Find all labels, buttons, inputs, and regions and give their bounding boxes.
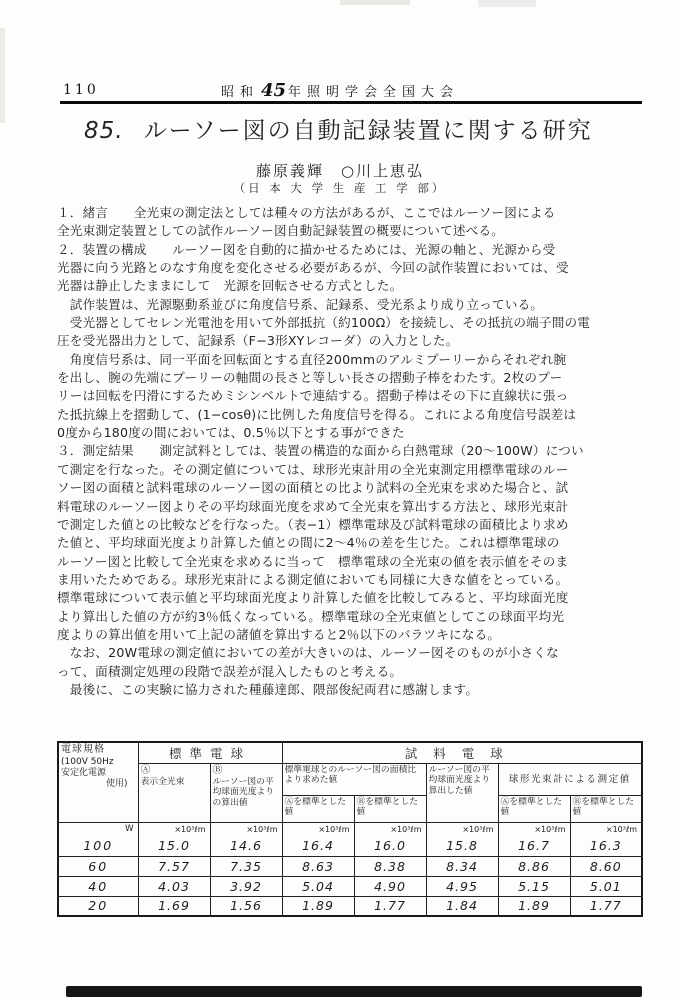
body-line: て測定を行なった。その測定値については、球形光束計用の全光束測定用標準電球のルー — [57, 461, 635, 479]
table-cell: 8.60 — [570, 856, 642, 876]
authors-line: 藤原義輝 ○川上恵弘 — [0, 160, 680, 181]
sphere-a-subheader: Ⓐを標準とした値 — [498, 796, 570, 823]
body-line: 最後に、この実験に協力された種藤達郎、隈部俊紀両君に感謝します。 — [57, 681, 635, 699]
table-cell: 5.15 — [498, 876, 570, 896]
mean-luminance-header: ルーソー図の平均球面光度より算出した値 — [426, 764, 498, 823]
conference-header: 昭和45年照明学会全国大会 — [0, 80, 680, 101]
table-cell: 20 — [58, 896, 138, 916]
spec-line: 使用) — [61, 779, 136, 790]
scan-artifact — [340, 0, 410, 5]
standard-a-label: 表示全光束 — [141, 777, 185, 787]
header-suffix: 年照明学会全国大会 — [288, 85, 459, 100]
group-standard-lamp-header: 標準電球 — [138, 742, 282, 764]
table-cell: 4.03 — [138, 876, 210, 896]
paper-number: 85. — [84, 118, 124, 144]
body-line: ソー図の面積と試料電球のルーソー図の面積との比より試料の全光束を求めた場合と、試 — [57, 479, 635, 497]
body-line: ま用いたためである。球形光束計による測定値においても同様に大きな値をとっている。 — [57, 571, 635, 589]
area-b-subheader: Ⓑを標準とした値 — [354, 796, 426, 823]
body-line: 標準電球について表示値と平均球面光度より計算した値を比較してみると、平均球面光度 — [57, 589, 635, 607]
standard-a-header: Ⓐ 表示全光束 — [138, 764, 210, 823]
body-line: より算出した値の方が約3％低くなっている。標準電球の全光束値としてこの球面平均光 — [57, 608, 635, 626]
unit-cell: ×10³ℓm — [570, 823, 642, 837]
scan-artifact — [0, 28, 5, 123]
table-cell: 5.04 — [282, 876, 354, 896]
table-cell: 16.4 — [282, 836, 354, 856]
table-cell: 1.89 — [282, 896, 354, 916]
body-line: 受光器としてセレン光電池を用いて外部抵抗（約100Ω）を接続し、その抵抗の端子間… — [57, 314, 635, 332]
unit-cell: ×10³ℓm — [138, 823, 210, 837]
scanned-paper-page: 110 昭和45年照明学会全国大会 85.ルーソー図の自動記録装置に関する研究 … — [0, 0, 680, 998]
body-line: 圧を受光器出力として、記録系（F−3形XYレコーダ）の入力とした。 — [57, 332, 635, 350]
table-cell: 100 — [58, 836, 138, 856]
table-cell: 1.56 — [210, 896, 282, 916]
table-cell: 3.92 — [210, 876, 282, 896]
body-line: １．緒言 全光束の測定法としては種々の方法があるが、ここではルーソー図による — [57, 204, 635, 222]
header-rule — [60, 101, 642, 104]
body-line: ２．装置の構成 ルーソー図を自動的に描かせるためには、光源の軸と、光源から受 — [57, 241, 635, 259]
spec-line: (100V 50Hz — [61, 757, 136, 768]
sphere-b-subheader: Ⓑを標準とした値 — [570, 796, 642, 823]
group-sample-lamp-header: 試料電球 — [282, 742, 642, 764]
table-cell: 8.34 — [426, 856, 498, 876]
table-cell: 14.6 — [210, 836, 282, 856]
table-cell: 4.90 — [354, 876, 426, 896]
table-cell: 8.38 — [354, 856, 426, 876]
paper-title: ルーソー図の自動記録装置に関する研究 — [144, 118, 593, 144]
table-cell: 1.77 — [354, 896, 426, 916]
unit-cell: ×10³ℓm — [426, 823, 498, 837]
body-line: ３．測定結果 測定試料としては、装置の構造的な面から白熱電球（20〜100W）に… — [57, 442, 635, 460]
spec-line: 安定化電源 — [61, 768, 136, 779]
body-line: なお、20W電球の測定値においての差が大きいのは、ルーソー図そのものが小さくな — [57, 644, 635, 662]
header-year-handwritten: 45 — [259, 80, 288, 101]
body-line: た抵抗線上を摺動して、(1−cosθ)に比例した角度信号を得る。これによる角度信… — [57, 406, 635, 424]
table-cell: 1.69 — [138, 896, 210, 916]
circled-a-mark: Ⓐ — [141, 765, 208, 777]
standard-b-label: ルーソー図の平均球面光度よりの算出値 — [213, 777, 275, 808]
unit-cell: ×10³ℓm — [354, 823, 426, 837]
table-cell: 15.8 — [426, 836, 498, 856]
header-prefix: 昭和 — [221, 85, 259, 100]
body-line: って、面積測定処理の段階で誤差が混入したものと考える。 — [57, 663, 635, 681]
paper-title-line: 85.ルーソー図の自動記録装置に関する研究 — [84, 112, 593, 145]
table-cell: 1.84 — [426, 896, 498, 916]
table-cell: 8.63 — [282, 856, 354, 876]
table-cell: 16.7 — [498, 836, 570, 856]
area-a-subheader: Ⓐを標準とした値 — [282, 796, 354, 823]
body-line: で測定した値との比較などを行なった。（表−1）標準電球及び試料電球の面積比より求… — [57, 516, 635, 534]
results-table: 電球規格 (100V 50Hz 安定化電源 使用) 標準電球 試料電球 Ⓐ 表示… — [57, 741, 643, 917]
unit-cell-watt: W — [58, 823, 138, 837]
body-line: 0度から180度の間においては、0.5％以下とする事ができた — [57, 424, 635, 442]
table-cell: 60 — [58, 856, 138, 876]
spec-line: 電球規格 — [61, 744, 136, 757]
body-line: 試作装置は、光源駆動系並びに角度信号系、記録系、受光系より成り立っている。 — [57, 296, 635, 314]
body-line: 度よりの算出値を用いて上記の諸値を算出すると2％以下のバラツキになる。 — [57, 626, 635, 644]
scan-edge-bar — [66, 986, 642, 997]
body-line: を出し、腕の先端にプーリーの軸間の長さと等しい長さの摺動子棒をわたす。2枚のプー — [57, 369, 635, 387]
table-cell: 1.77 — [570, 896, 642, 916]
sphere-photometer-header: 球形光束計による測定値 — [498, 764, 642, 796]
unit-cell: ×10³ℓm — [282, 823, 354, 837]
area-ratio-header: 標準電球とのルーソー図の面積比より求めた値 — [282, 764, 426, 796]
table-cell: 5.01 — [570, 876, 642, 896]
body-line: 料電球のルーソー図よりその平均球面光度を求めて全光束を算出する方法と、球形光束計 — [57, 498, 635, 516]
body-line: 全光束測定装置としての試作ルーソー図自動記録装置の概要について述べる。 — [57, 222, 635, 240]
lamp-spec-header: 電球規格 (100V 50Hz 安定化電源 使用) — [58, 742, 138, 823]
scan-artifact — [478, 0, 536, 7]
table-cell: 7.35 — [210, 856, 282, 876]
table-cell: 4.95 — [426, 876, 498, 896]
table-cell: 16.0 — [354, 836, 426, 856]
table-cell: 16.3 — [570, 836, 642, 856]
affiliation-line: （日 本 大 学 生 産 工 学 部） — [0, 180, 680, 196]
unit-cell: ×10³ℓm — [498, 823, 570, 837]
table-cell: 7.57 — [138, 856, 210, 876]
table-cell: 1.89 — [498, 896, 570, 916]
standard-b-header: Ⓑ ルーソー図の平均球面光度よりの算出値 — [210, 764, 282, 823]
body-line: 角度信号系は、同一平面を回転面とする直径200mmのアルミプーリーからそれぞれ腕 — [57, 351, 635, 369]
table-cell: 15.0 — [138, 836, 210, 856]
body-line: 光器に向う光路とのなす角度を変化させる必要があるが、今回の試作装置においては、受 — [57, 259, 635, 277]
table-cell: 8.86 — [498, 856, 570, 876]
body-line: リーは回転を円滑にするためミシンベルトで連結する。摺動子棒はその下に直線状に張っ — [57, 387, 635, 405]
body-line: ルーソー図と比較して全光束を求めるに当って 標準電球の全光束の値を表示値をそのま — [57, 553, 635, 571]
circled-b-mark: Ⓑ — [213, 765, 280, 777]
body-line: 光器は静止したままにして 光源を回転させる方式とした。 — [57, 277, 635, 295]
table-cell: 40 — [58, 876, 138, 896]
body-line: た値と、平均球面光度より計算した値との間に2〜4％の差を生じた。これは標準電球の — [57, 534, 635, 552]
body-text: １．緒言 全光束の測定法としては種々の方法があるが、ここではルーソー図による 全… — [57, 204, 635, 699]
unit-cell: ×10³ℓm — [210, 823, 282, 837]
